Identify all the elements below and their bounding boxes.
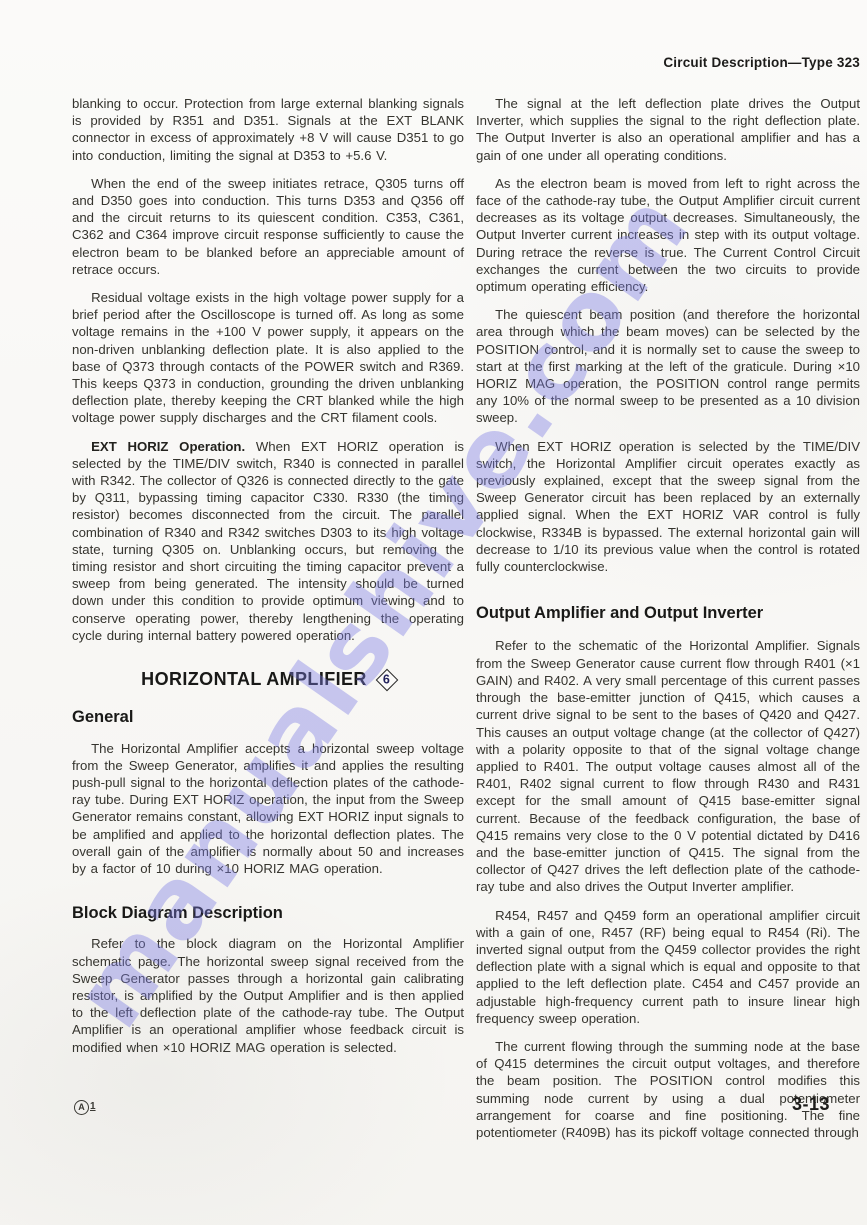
page-number: 3-13 bbox=[792, 1094, 830, 1115]
revision-number: 1 bbox=[90, 1101, 96, 1112]
subheading-output-amplifier-and-output-inverter: Output Amplifier and Output Inverter bbox=[476, 605, 860, 622]
paragraph: When the end of the sweep initiates retr… bbox=[72, 175, 464, 278]
paragraph: The current flowing through the summing … bbox=[476, 1038, 860, 1141]
left-column: blanking to occur. Protection from large… bbox=[72, 95, 464, 1067]
paragraph: The quiescent beam position (and therefo… bbox=[476, 306, 860, 426]
paragraph: blanking to occur. Protection from large… bbox=[72, 95, 464, 164]
section-heading-text: HORIZONTAL AMPLIFIER bbox=[141, 671, 367, 688]
circled-a-mark: A bbox=[74, 1100, 89, 1115]
paragraph-lead-in: EXT HORIZ Operation. bbox=[91, 439, 245, 454]
paragraph: When EXT HORIZ operation is selected by … bbox=[476, 438, 860, 576]
section-number-diamond-icon: 6 bbox=[376, 668, 399, 691]
paragraph: The Horizontal Amplifier accepts a horiz… bbox=[72, 740, 464, 878]
subheading-general: General bbox=[72, 709, 464, 726]
paragraph: Refer to the block diagram on the Horizo… bbox=[72, 935, 464, 1055]
running-header: Circuit Description—Type 323 bbox=[476, 55, 860, 70]
paragraph: The signal at the left deflection plate … bbox=[476, 95, 860, 164]
revision-mark: A 1 bbox=[74, 1100, 96, 1115]
right-column: The signal at the left deflection plate … bbox=[476, 95, 860, 1152]
paragraph-text: When EXT HORIZ operation is selected by … bbox=[72, 439, 464, 643]
paragraph-ext-horiz-operation: EXT HORIZ Operation. When EXT HORIZ oper… bbox=[72, 438, 464, 644]
section-heading-horizontal-amplifier: HORIZONTAL AMPLIFIER 6 bbox=[72, 671, 464, 688]
paragraph: Refer to the schematic of the Horizontal… bbox=[476, 637, 860, 895]
paragraph: As the electron beam is moved from left … bbox=[476, 175, 860, 295]
subheading-block-diagram-description: Block Diagram Description bbox=[72, 905, 464, 922]
paragraph: Residual voltage exists in the high volt… bbox=[72, 289, 464, 427]
paragraph: R454, R457 and Q459 form an operational … bbox=[476, 907, 860, 1027]
section-number: 6 bbox=[383, 673, 390, 686]
